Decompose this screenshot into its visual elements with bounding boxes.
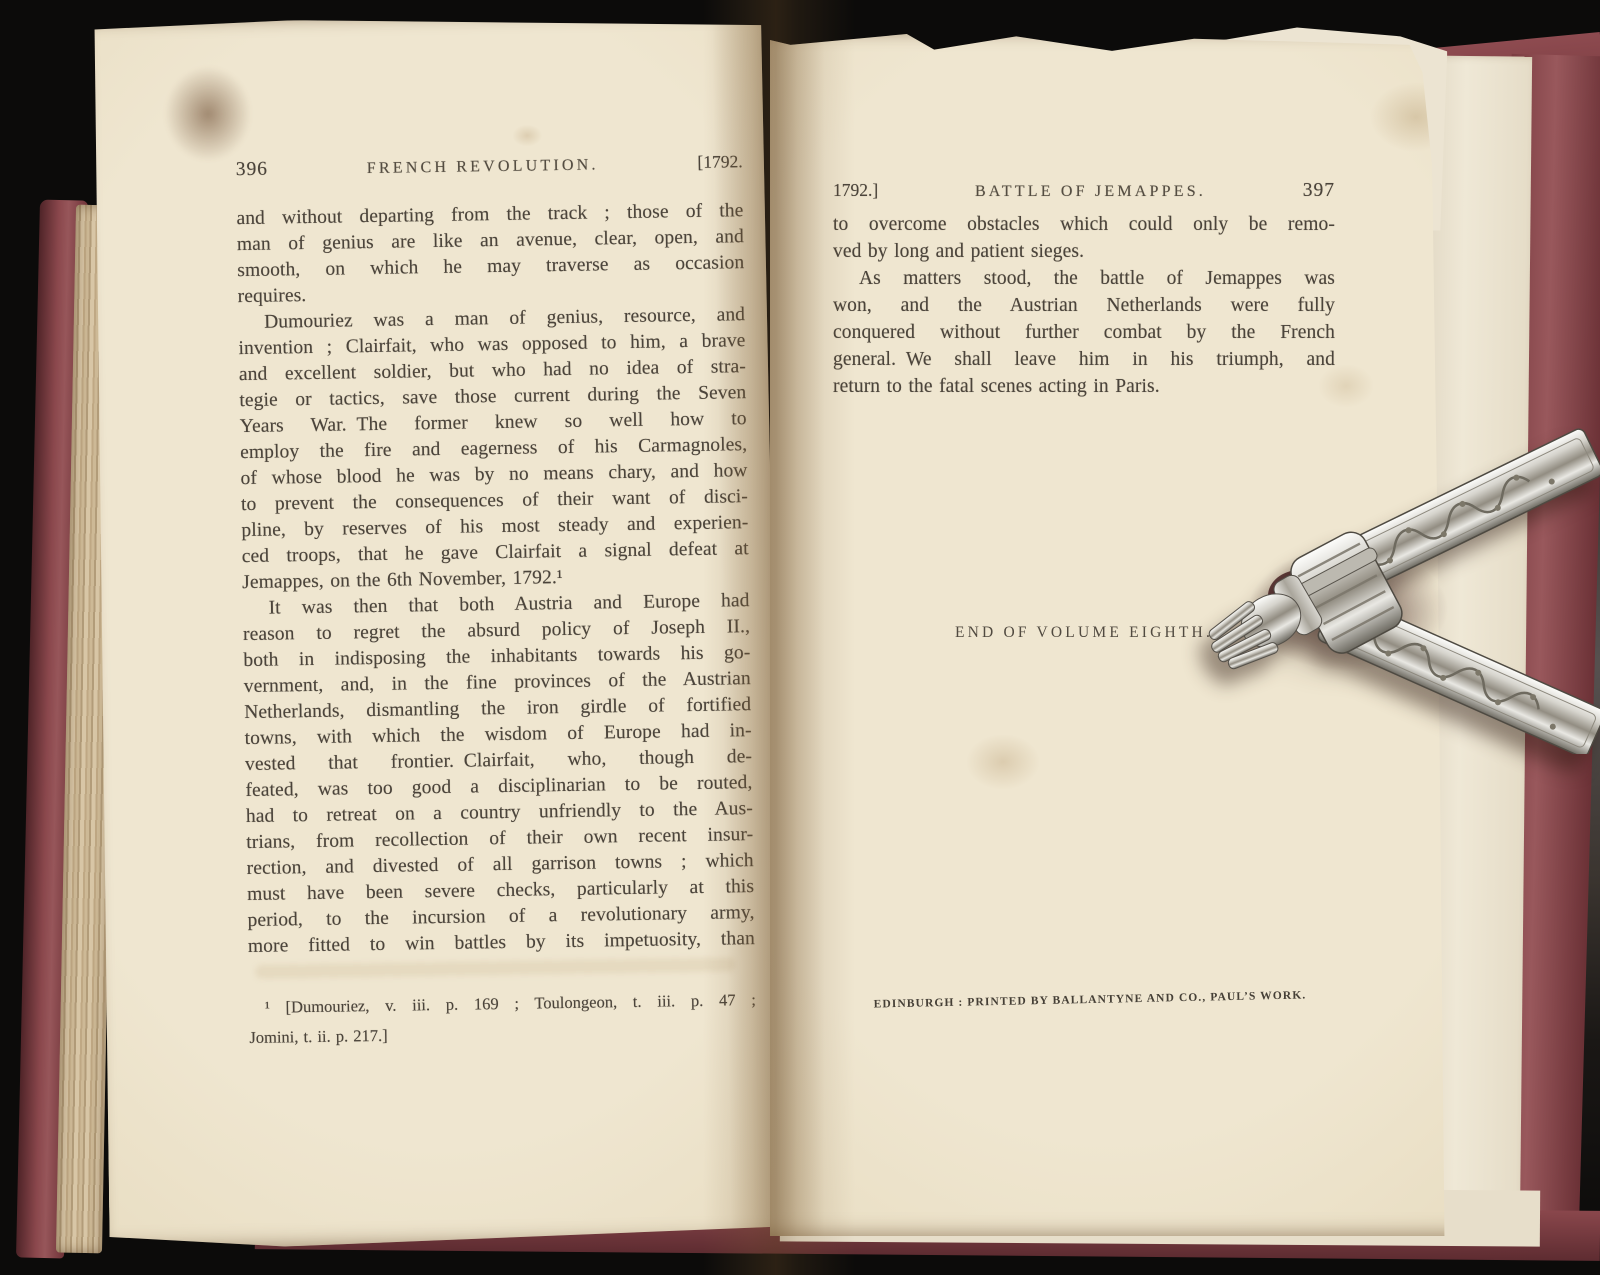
page-left: 396 FRENCH REVOLUTION. [1792. and withou… <box>90 13 785 1249</box>
page-right-body: to overcome obstacles which could only b… <box>833 211 1335 400</box>
worn-corner <box>148 48 268 180</box>
year-marker-right: 1792.] <box>833 180 878 201</box>
printer-imprint: EDINBURGH : PRINTED BY BALLANTYNE AND CO… <box>810 988 1370 1012</box>
running-title-left: FRENCH REVOLUTION. <box>367 156 599 178</box>
page-clasp <box>1178 424 1600 754</box>
book-photo: 396 FRENCH REVOLUTION. [1792. and withou… <box>0 0 1600 1275</box>
year-marker-left: [1792. <box>697 151 743 173</box>
paragraph: Dumouriez was a man of genius, resource,… <box>238 302 749 596</box>
paragraph: to overcome obstacles which could only b… <box>833 211 1335 265</box>
page-right-header: 1792.] BATTLE OF JEMAPPES. 397 <box>833 180 1335 202</box>
foxing-spot <box>512 124 542 146</box>
paragraph: It was then that both Austria and Europe… <box>242 588 755 960</box>
page-left-footnote: ¹ [Dumouriez, v. iii. p. 169 ; Toulongeo… <box>249 985 757 1053</box>
page-left-header: 396 FRENCH REVOLUTION. [1792. <box>236 151 743 181</box>
show-through-smudge <box>255 957 735 979</box>
paragraph: As matters stood, the battle of Jemappes… <box>833 265 1335 400</box>
page-left-body: and without departing from the track ; t… <box>236 198 755 960</box>
running-title-right: BATTLE OF JEMAPPES. <box>975 183 1206 201</box>
stain-spot <box>966 734 1040 790</box>
page-number-right: 397 <box>1303 180 1335 202</box>
paragraph: and without departing from the track ; t… <box>236 198 745 310</box>
